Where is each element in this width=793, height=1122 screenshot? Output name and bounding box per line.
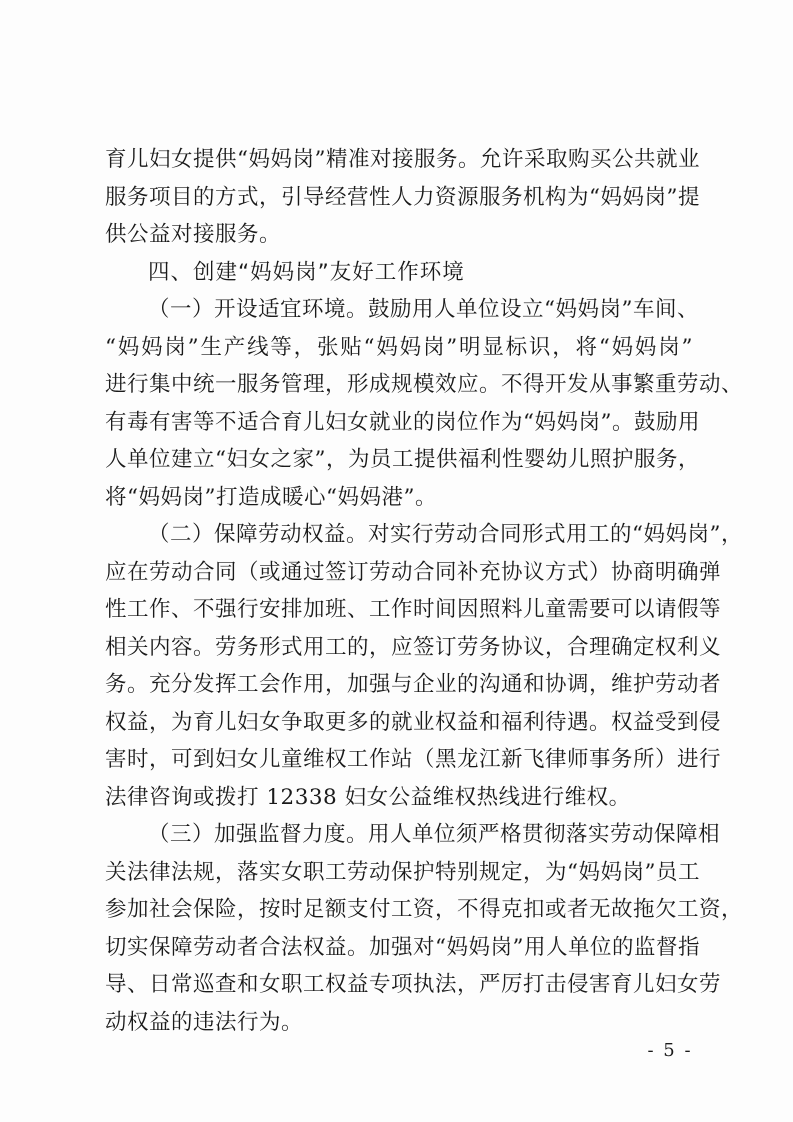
subsection-line: （三）加强监督力度。用人单位须严格贯彻落实劳动保障相 (105, 816, 693, 854)
paragraph-line: 应在劳动合同（或通过签订劳动合同补充协议方式）协商明确弹 (105, 554, 693, 592)
paragraph-line: 性工作、不强行安排加班、工作时间因照料儿童需要可以请假等 (105, 591, 693, 629)
paragraph-line: 权益，为育儿妇女争取更多的就业权益和福利待遇。权益受到侵 (105, 704, 693, 742)
paragraph-line: 切实保障劳动者合法权益。加强对“妈妈岗”用人单位的监督指 (105, 929, 693, 967)
subsection-line: （二）保障劳动权益。对实行劳动合同形式用工的“妈妈岗”， (105, 516, 693, 554)
subsection-line: （一）开设适宜环境。鼓励用人单位设立“妈妈岗”车间、 (105, 291, 693, 329)
paragraph-line: 法律咨询或拨打 12338 妇女公益维权热线进行维权。 (105, 779, 693, 817)
paragraph-line: 相关内容。劳务形式用工的，应签订劳务协议，合理确定权利义 (105, 629, 693, 667)
paragraph-line: 有毒有害等不适合育儿妇女就业的岗位作为“妈妈岗”。鼓励用 (105, 404, 693, 442)
paragraph-line: 务。充分发挥工会作用，加强与企业的沟通和协调，维护劳动者 (105, 666, 693, 704)
paragraph-line: 导、日常巡查和女职工权益专项执法，严厉打击侵害育儿妇女劳 (105, 966, 693, 1004)
document-body: 育儿妇女提供“妈妈岗”精准对接服务。允许采取购买公共就业 服务项目的方式，引导经… (105, 141, 693, 1041)
paragraph-line: 动权益的违法行为。 (105, 1004, 693, 1042)
paragraph-line: 参加社会保险，按时足额支付工资，不得克扣或者无故拖欠工资， (105, 891, 693, 929)
paragraph-line: 害时，可到妇女儿童维权工作站（黑龙江新飞律师事务所）进行 (105, 741, 693, 779)
paragraph-line: 人单位建立“妇女之家”，为员工提供福利性婴幼儿照护服务， (105, 441, 693, 479)
paragraph-line: 服务项目的方式，引导经营性人力资源服务机构为“妈妈岗”提 (105, 179, 693, 217)
document-page: 育儿妇女提供“妈妈岗”精准对接服务。允许采取购买公共就业 服务项目的方式，引导经… (0, 0, 793, 1122)
page-number: - 5 - (640, 1040, 700, 1061)
paragraph-line: 关法律法规，落实女职工劳动保护特别规定，为“妈妈岗”员工 (105, 854, 693, 892)
paragraph-line: 育儿妇女提供“妈妈岗”精准对接服务。允许采取购买公共就业 (105, 141, 693, 179)
paragraph-line: “妈妈岗”生产线等，张贴“妈妈岗”明显标识，将“妈妈岗” (105, 329, 693, 367)
section-heading: 四、创建“妈妈岗”友好工作环境 (105, 254, 693, 292)
paragraph-line: 供公益对接服务。 (105, 216, 693, 254)
paragraph-line: 将“妈妈岗”打造成暖心“妈妈港”。 (105, 479, 693, 517)
paragraph-line: 进行集中统一服务管理，形成规模效应。不得开发从事繁重劳动、 (105, 366, 693, 404)
